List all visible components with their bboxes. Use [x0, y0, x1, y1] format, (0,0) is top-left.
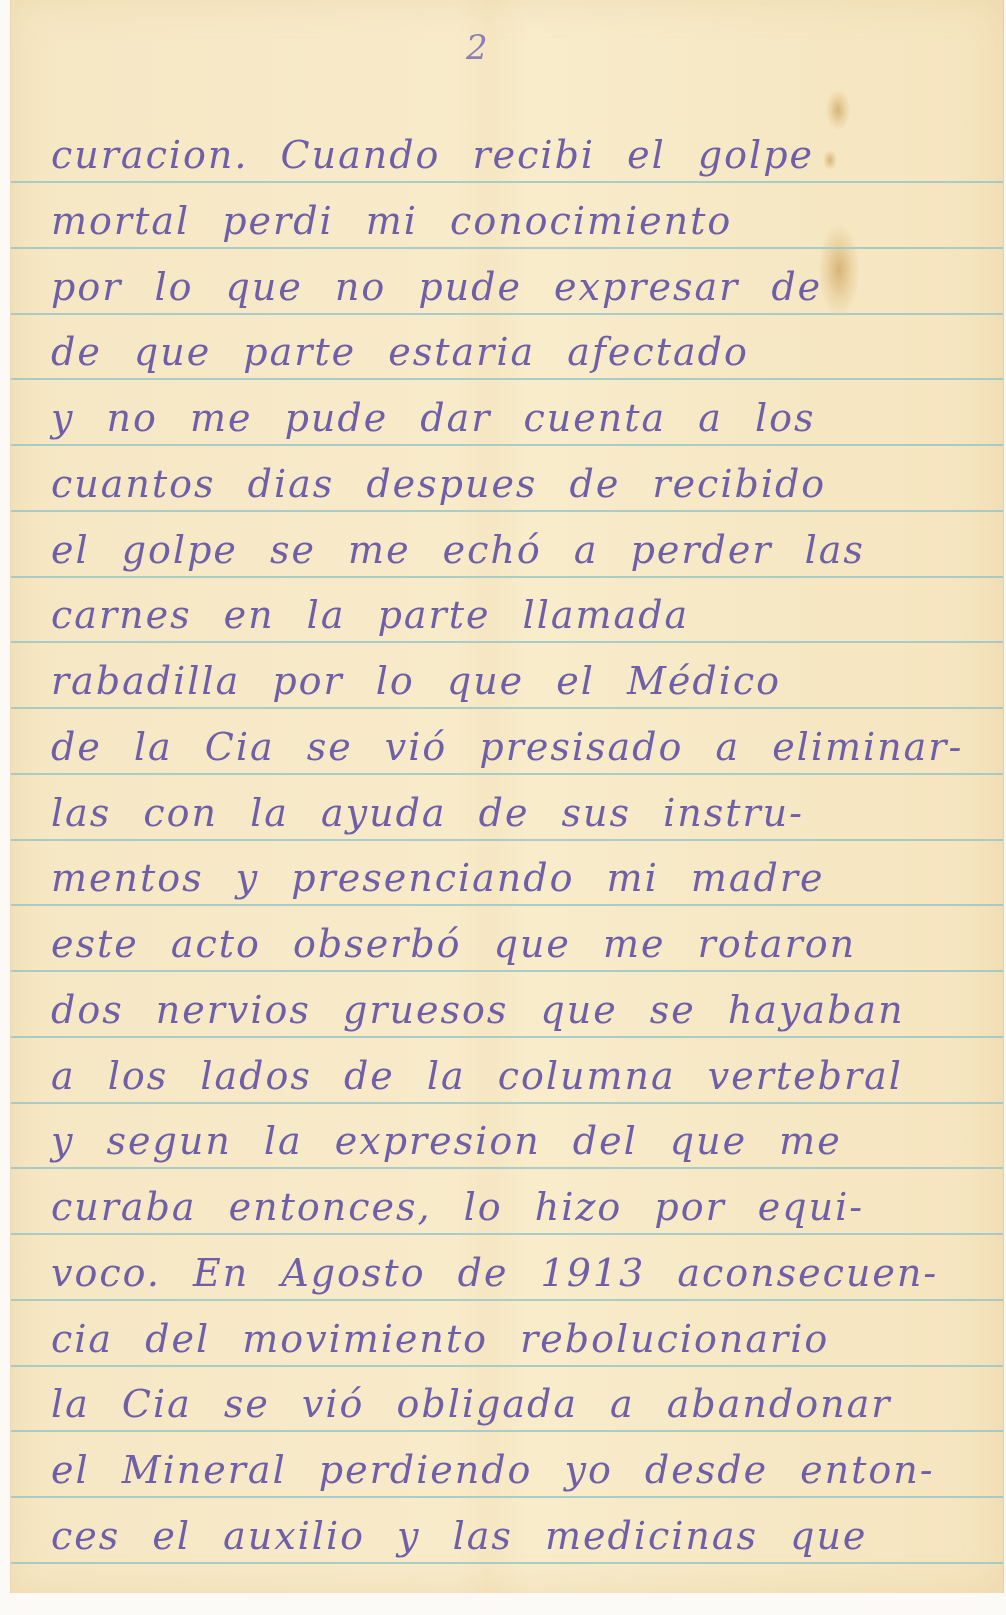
text-line: el golpe se me echó a perder las [51, 528, 943, 588]
text-line: y no me pude dar cuenta a los [51, 396, 943, 456]
text-line: y segun la expresion del que me [51, 1119, 943, 1179]
handwritten-page: 2 curacion. Cuando recibi el golpe morta… [10, 0, 1004, 1593]
text-line: dos nervios gruesos que se hayaban [51, 988, 943, 1048]
text-line: ces el auxilio y las medicinas que [51, 1514, 943, 1574]
text-line: curacion. Cuando recibi el golpe [51, 133, 943, 193]
text-line: a los lados de la columna vertebral [51, 1054, 943, 1114]
text-line: cuantos dias despues de recibido [51, 462, 943, 522]
text-line: este acto obserbó que me rotaron [51, 922, 943, 982]
text-line: cia del movimiento rebolucionario [51, 1317, 943, 1377]
text-line: de que parte estaria afectado [51, 330, 943, 390]
text-line: curaba entonces, lo hizo por equi- [51, 1185, 943, 1245]
text-line: mentos y presenciando mi madre [51, 856, 943, 916]
text-line: rabadilla por lo que el Médico [51, 659, 943, 719]
text-line: de la Cia se vió presisado a eliminar- [51, 725, 943, 785]
text-line: voco. En Agosto de 1913 aconsecuen- [51, 1251, 943, 1311]
text-line: mortal perdi mi conocimiento [51, 199, 943, 259]
rust-stain [826, 90, 850, 130]
page-number: 2 [466, 28, 488, 68]
text-line: el Mineral perdiendo yo desde enton- [51, 1448, 943, 1508]
text-line: carnes en la parte llamada [51, 593, 943, 653]
text-line: las con la ayuda de sus instru- [51, 791, 943, 851]
text-line: la Cia se vió obligada a abandonar [51, 1382, 943, 1442]
text-line: por lo que no pude expresar de [51, 265, 943, 325]
